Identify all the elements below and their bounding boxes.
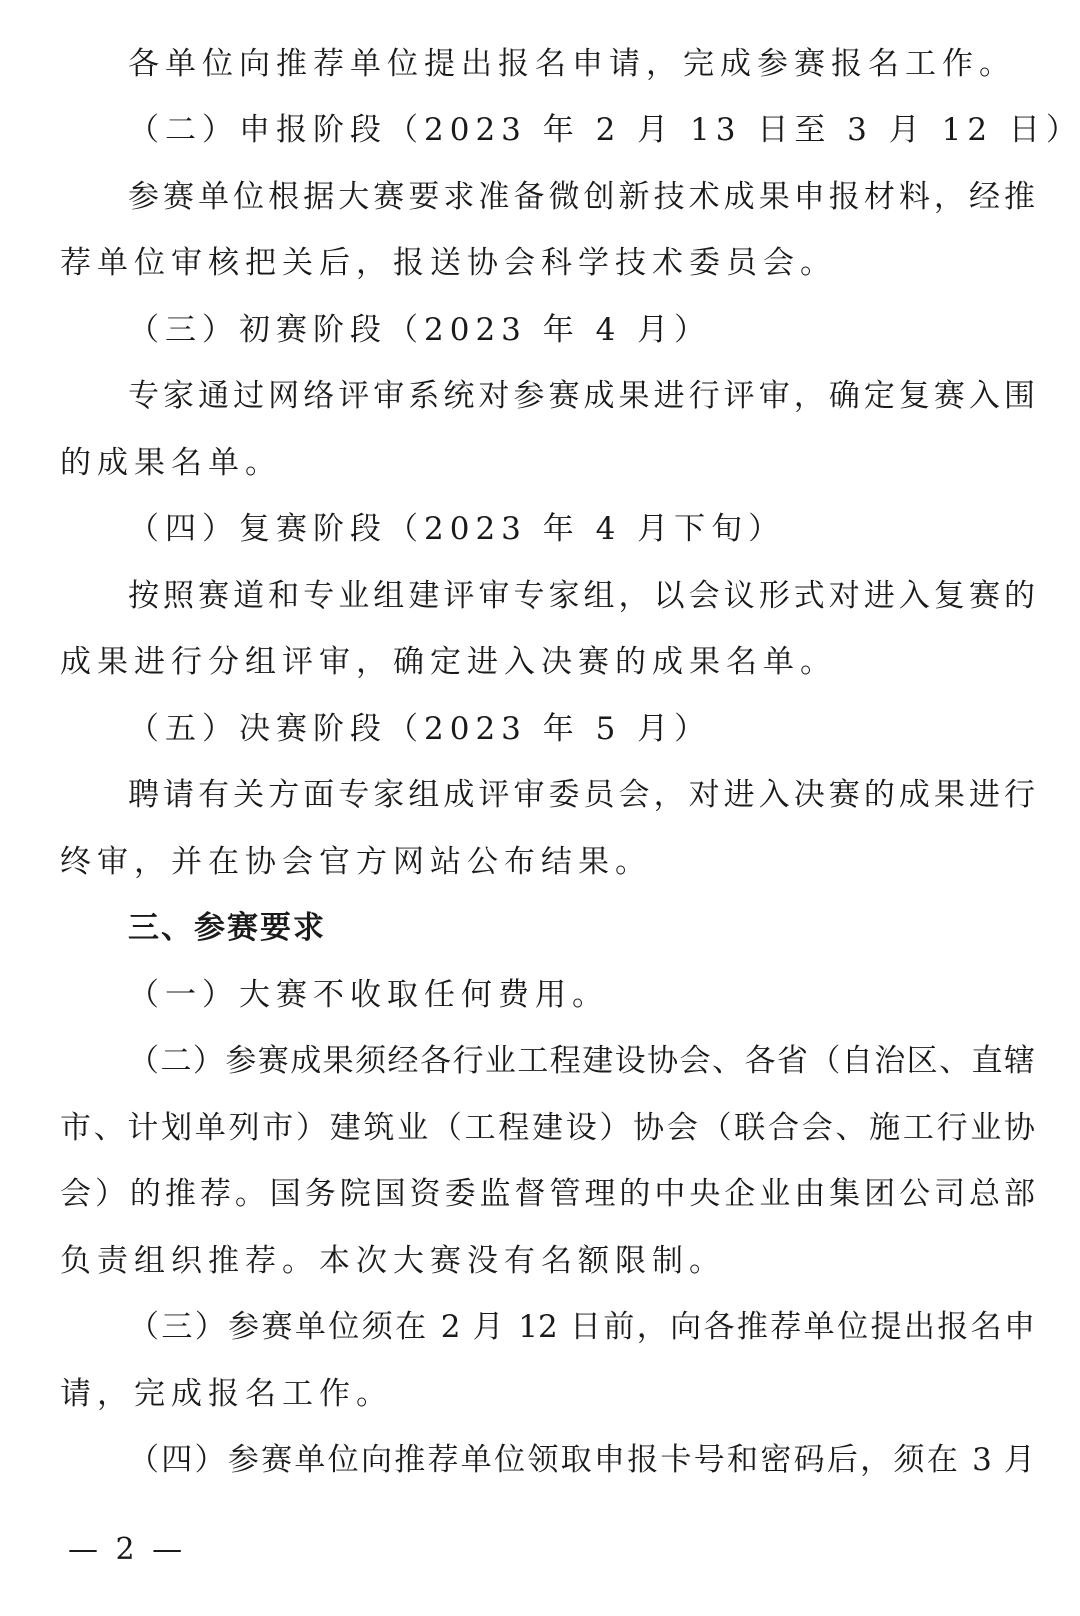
requirement-item-2-line-1: （二）参赛成果须经各行业工程建设协会、各省（自治区、直辖	[128, 1041, 1035, 1081]
paragraph-final-line-1: 聘请有关方面专家组成评审委员会，对进入决赛的成果进行	[128, 775, 1035, 815]
subheading-final-stage: （五）决赛阶段（2023 年 5 月）	[128, 709, 711, 749]
document-page: 各单位向推荐单位提出报名申请，完成参赛报名工作。 （二）申报阶段（2023 年 …	[0, 0, 1080, 1616]
paragraph-preliminary-line-2: 的成果名单。	[60, 443, 282, 483]
paragraph-declaration-line-1: 参赛单位根据大赛要求准备微创新技术成果申报材料，经推	[128, 177, 1035, 217]
section-heading-requirements: 三、参赛要求	[128, 908, 326, 948]
paragraph-preliminary-line-1: 专家通过网络评审系统对参赛成果进行评审，确定复赛入围	[128, 376, 1035, 416]
subheading-declaration-stage: （二）申报阶段（2023 年 2 月 13 日至 3 月 12 日）	[128, 110, 1080, 150]
paragraph-declaration-line-2: 荐单位审核把关后，报送协会科学技术委员会。	[60, 243, 837, 283]
requirement-item-1: （一）大赛不收取任何费用。	[128, 975, 609, 1015]
subheading-preliminary-stage: （三）初赛阶段（2023 年 4 月）	[128, 310, 711, 350]
paragraph-semifinal-line-2: 成果进行分组评审，确定进入决赛的成果名单。	[60, 642, 837, 682]
requirement-item-3-line-1: （三）参赛单位须在 2 月 12 日前，向各推荐单位提出报名申	[128, 1307, 1035, 1347]
requirement-item-2-line-4: 负责组织推荐。本次大赛没有名额限制。	[60, 1241, 726, 1281]
page-number: — 2 —	[68, 1530, 186, 1570]
requirement-item-2-line-3: 会）的推荐。国务院国资委监督管理的中央企业由集团公司总部	[60, 1174, 1035, 1214]
subheading-semifinal-stage: （四）复赛阶段（2023 年 4 月下旬）	[128, 509, 785, 549]
paragraph-semifinal-line-1: 按照赛道和专业组建评审专家组，以会议形式对进入复赛的	[128, 576, 1035, 616]
requirement-item-3-line-2: 请，完成报名工作。	[60, 1374, 393, 1414]
paragraph-final-line-2: 终审，并在协会官方网站公布结果。	[60, 842, 652, 882]
requirement-item-2-line-2: 市、计划单列市）建筑业（工程建设）协会（联合会、施工行业协	[60, 1108, 1035, 1148]
requirement-item-4-line-1: （四）参赛单位向推荐单位领取申报卡号和密码后，须在 3 月	[128, 1440, 1035, 1480]
text-line-registration-continuation: 各单位向推荐单位提出报名申请，完成参赛报名工作。	[128, 44, 1016, 84]
